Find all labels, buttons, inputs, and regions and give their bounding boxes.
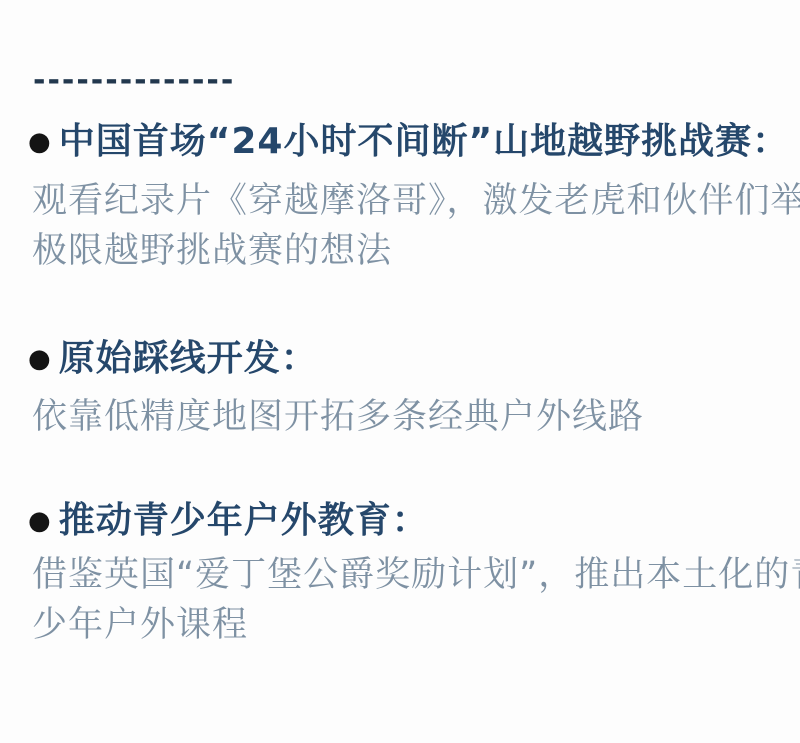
article-body: -------------- ● 中国首场“24小时不间断”山地越野挑战赛： 观… [0, 0, 800, 743]
bullet-point-section-1-heading: ● 中国首场“24小时不间断”山地越野挑战赛： [28, 120, 789, 164]
body-text-line: 少年户外课程 [32, 600, 800, 650]
bullet-icon: ● [28, 346, 52, 372]
bullet-icon: ● [28, 508, 52, 534]
bullet-icon: ● [28, 129, 52, 155]
bullet-point-section-1-body: 观看纪录片《穿越摩洛哥》，激发老虎和伙伴们举办 极限越野挑战赛的想法 [32, 176, 800, 276]
body-text-line: 极限越野挑战赛的想法 [32, 226, 800, 276]
section-heading-text: 中国首场“24小时不间断”山地越野挑战赛： [59, 120, 789, 164]
bullet-point-section-3-heading: ● 推动青少年户外教育： [28, 499, 429, 543]
section-heading-text: 推动青少年户外教育： [59, 499, 429, 543]
dashed-separator: -------------- [33, 64, 235, 98]
body-text-line: 依靠低精度地图开拓多条经典户外线路 [32, 392, 644, 442]
body-text-line: 借鉴英国“爱丁堡公爵奖励计划”，推出本土化的青 [32, 550, 800, 600]
section-heading-text: 原始踩线开发： [59, 337, 318, 381]
body-text-line: 观看纪录片《穿越摩洛哥》，激发老虎和伙伴们举办 [32, 176, 800, 226]
bullet-point-section-3-body: 借鉴英国“爱丁堡公爵奖励计划”，推出本土化的青 少年户外课程 [32, 550, 800, 650]
bullet-point-section-2-body: 依靠低精度地图开拓多条经典户外线路 [32, 392, 644, 442]
bullet-point-section-2-heading: ● 原始踩线开发： [28, 337, 318, 381]
